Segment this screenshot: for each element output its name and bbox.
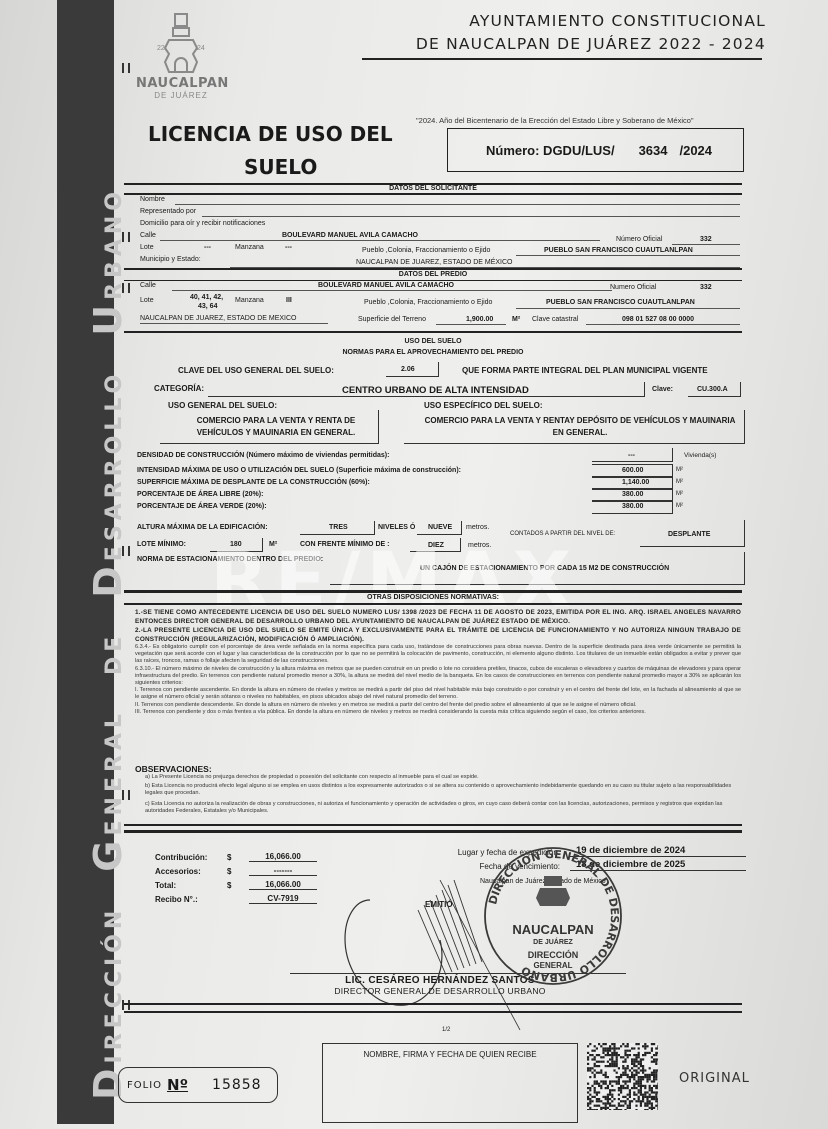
section-title-predio: DATOS DEL PREDIO bbox=[124, 271, 742, 278]
margin-mark bbox=[122, 546, 130, 556]
predio-lote-label: Lote bbox=[140, 297, 154, 304]
folio-no-symbol: Nº bbox=[167, 1076, 188, 1094]
metric-label: PORCENTAJE DE ÁREA LIBRE (20%): bbox=[137, 491, 263, 498]
rule bbox=[124, 193, 742, 195]
section-title-otras: OTRAS DISPOSICIONES NORMATIVAS: bbox=[124, 594, 742, 601]
document-page: DIRECCIÓNGENERALDEDESARROLLOURBANO 22 24… bbox=[0, 0, 828, 1129]
predio-manzana-value: III bbox=[286, 297, 292, 304]
lote-value: --- bbox=[204, 244, 211, 251]
niveles-o-label: NIVELES Ó bbox=[378, 524, 415, 531]
rule bbox=[124, 1003, 742, 1005]
representado-field bbox=[202, 216, 740, 217]
criterio-iii: III. Terrenos con pendiente y dos o más … bbox=[135, 709, 741, 716]
clave-catastral-underline bbox=[586, 324, 740, 325]
metric-value: 600.00 bbox=[622, 467, 643, 474]
manzana-value: --- bbox=[285, 244, 292, 251]
clave-catastral-value: 098 01 527 08 00 0000 bbox=[622, 316, 694, 323]
metric-value: 380.00 bbox=[622, 503, 643, 510]
domicilio-label: Domicilio para oír y recibir notificacio… bbox=[140, 220, 265, 227]
metros-label: metros. bbox=[466, 524, 489, 531]
superficie-label: Superficie del Terreno bbox=[358, 316, 426, 323]
payment-summary: Contribución:$16,066.00 Accesorios:$----… bbox=[155, 848, 317, 904]
rule bbox=[124, 331, 742, 333]
disposicion-634: 6.3.4.- Es obligatorio cumplir con el po… bbox=[135, 644, 741, 666]
superficie-value: 1,900.00 bbox=[466, 316, 493, 323]
official-stamp-icon: DIRECCIÓN GENERAL DE DESARROLLO URBANO N… bbox=[478, 846, 628, 986]
superficie-underline bbox=[436, 324, 506, 325]
margin-mark bbox=[122, 283, 130, 293]
metric-value: 1,140.00 bbox=[622, 479, 649, 486]
numero-oficial-label: Número Oficial bbox=[616, 236, 662, 243]
observaciones-title: OBSERVACIONES: bbox=[135, 764, 212, 774]
ayuntamiento-header: AYUNTAMIENTO CONSTITUCIONAL DE NAUCALPAN… bbox=[416, 10, 766, 56]
band-word: URBANO bbox=[102, 187, 127, 336]
lote-label: Lote bbox=[140, 244, 154, 251]
lote-minimo-label: LOTE MÍNIMO: bbox=[137, 541, 186, 548]
band-word: DESARROLLO bbox=[102, 370, 127, 598]
altura-metros-value: NUEVE bbox=[428, 524, 452, 531]
predio-colonia-value: PUEBLO SAN FRANCISCO CUAUTLANLPAN bbox=[546, 299, 695, 306]
disposicion-1: 1.-SE TIENE COMO ANTECEDENTE LICENCIA DE… bbox=[135, 608, 741, 626]
logo-name: NAUCALPAN bbox=[136, 76, 226, 91]
uso-general-value: COMERCIO PARA LA VENTA Y RENTA DE VEHÍCU… bbox=[176, 415, 376, 439]
metric-value: 380.00 bbox=[622, 491, 643, 498]
observacion-a: a) La Presente Licencia no prejuzga dere… bbox=[145, 774, 741, 781]
accesorios-row: Accesorios:$------- bbox=[155, 862, 317, 876]
clave-general-label: CLAVE DEL USO GENERAL DEL SUELO: bbox=[178, 366, 334, 375]
rule bbox=[124, 603, 742, 605]
municipio-value: NAUCALPAN DE JUAREZ, ESTADO DE MÉXICO bbox=[356, 259, 513, 266]
observacion-b: b) Esta Licencia no producirá efecto leg… bbox=[145, 783, 741, 798]
section-title-solicitante: DATOS DEL SOLICITANTE bbox=[124, 185, 742, 192]
uso-especifico-value: COMERCIO PARA LA VENTA Y RENTAY DEPÓSITO… bbox=[420, 415, 740, 439]
total-row: Total:$16,066.00 bbox=[155, 876, 317, 890]
signer-title: DIRECTOR GENERAL DE DESARROLLO URBANO bbox=[300, 986, 580, 996]
naucalpan-glyph-icon: 22 24 bbox=[151, 10, 211, 76]
numero-label: Número: DGDU/LUS/ bbox=[486, 143, 615, 158]
page-number: 1/2 bbox=[442, 1027, 450, 1033]
calle-underline bbox=[160, 240, 600, 241]
densidad-value: --- bbox=[628, 452, 635, 459]
observacion-c: c) Esta Licencia no autoriza la realizac… bbox=[145, 801, 741, 816]
rule bbox=[124, 1011, 742, 1013]
rule bbox=[124, 268, 742, 270]
predio-municipio-underline bbox=[140, 323, 328, 324]
folio-label: FOLIO bbox=[127, 1080, 162, 1091]
disposicion-6310: 6.3.10.- El número máximo de niveles de … bbox=[135, 666, 741, 688]
uso-general-label: USO GENERAL DEL SUELO: bbox=[168, 401, 277, 410]
metric-label: SUPERFICIE MÁXIMA DE DESPLANTE DE LA CON… bbox=[137, 479, 370, 486]
otras-disposiciones-text: 1.-SE TIENE COMO ANTECEDENTE LICENCIA DE… bbox=[135, 608, 741, 716]
header-rule bbox=[362, 58, 762, 60]
ayuntamiento-line2: DE NAUCALPAN DE JUÁREZ 2022 - 2024 bbox=[416, 33, 766, 56]
manzana-label: Manzana bbox=[235, 244, 264, 251]
contados-value: DESPLANTE bbox=[668, 531, 710, 538]
predio-numero-oficial-label: Numero Oficial bbox=[610, 284, 656, 291]
altura-niveles-value: TRES bbox=[329, 524, 348, 531]
clave-label: Clave: bbox=[652, 386, 673, 393]
densidad-label: DENSIDAD DE CONSTRUCCIÓN (Número máximo … bbox=[137, 452, 389, 459]
nombre-label: Nombre bbox=[140, 196, 165, 203]
svg-text:NAUCALPAN: NAUCALPAN bbox=[512, 922, 593, 937]
numero-oficial-underline bbox=[672, 244, 740, 245]
plan-text: QUE FORMA PARTE INTEGRAL DEL PLAN MUNICI… bbox=[462, 366, 708, 375]
nombre-field bbox=[175, 204, 740, 205]
emitio-label: EMITIÓ bbox=[425, 900, 453, 909]
densidad-unit: Vivienda(s) bbox=[684, 452, 716, 459]
clave-general-value: 2.06 bbox=[401, 366, 415, 373]
title-line2: SUELO bbox=[148, 151, 393, 184]
uso-subtitle: NORMAS PARA EL APROVECHAMIENTO DEL PREDI… bbox=[124, 349, 742, 356]
predio-lote-value-2: 43, 64 bbox=[198, 303, 217, 310]
representado-label: Representado por bbox=[140, 208, 196, 215]
folio-box: FOLIO Nº 15858 bbox=[118, 1067, 278, 1103]
recibo-row: Recibo N°.:CV-7919 bbox=[155, 890, 317, 904]
calle-value: BOULEVARD MANUEL AVILA CAMACHO bbox=[282, 232, 418, 239]
rule bbox=[124, 590, 742, 593]
superficie-unit: M² bbox=[512, 316, 520, 323]
categoria-value: CENTRO URBANO DE ALTA INTENSIDAD bbox=[342, 385, 529, 396]
criterio-i: I. Terrenos con pendiente ascendente. En… bbox=[135, 687, 741, 701]
folio-number: 15858 bbox=[212, 1077, 262, 1093]
svg-text:24: 24 bbox=[197, 45, 205, 52]
qr-code-icon bbox=[587, 1043, 658, 1110]
margin-mark bbox=[122, 790, 130, 800]
colonia-label: Pueblo ,Colonia, Fraccionamiento o Ejido bbox=[362, 247, 490, 254]
rule bbox=[124, 830, 742, 833]
metric-label: PORCENTAJE DE ÁREA VERDE (20%): bbox=[137, 503, 267, 510]
altura-label: ALTURA MÁXIMA DE LA EDIFICACIÓN: bbox=[137, 524, 268, 531]
clave-catastral-label: Clave catastral bbox=[532, 316, 578, 323]
svg-text:DE JUÁREZ: DE JUÁREZ bbox=[533, 937, 573, 946]
margin-mark bbox=[122, 1000, 130, 1010]
metric-label: INTENSIDAD MÁXIMA DE USO O UTILIZACIÓN D… bbox=[137, 467, 461, 474]
predio-manzana-label: Manzana bbox=[235, 297, 264, 304]
criterio-ii: II. Terrenos con pendiente descendente. … bbox=[135, 702, 741, 709]
colonia-underline bbox=[516, 255, 740, 256]
predio-colonia-underline bbox=[516, 308, 740, 309]
metric-unit: M² bbox=[676, 479, 683, 485]
metric-unit: M² bbox=[676, 467, 683, 473]
section-title-uso: USO DEL SUELO bbox=[124, 338, 742, 345]
predio-calle-underline bbox=[172, 290, 612, 291]
svg-text:GENERAL: GENERAL bbox=[533, 961, 572, 970]
predio-numero-oficial-value: 332 bbox=[700, 284, 712, 291]
predio-lote-value-1: 40, 41, 42, bbox=[190, 294, 223, 301]
margin-mark bbox=[122, 232, 130, 242]
document-title: LICENCIA DE USO DEL SUELO bbox=[148, 118, 393, 184]
clave-value: CU.300.A bbox=[697, 386, 728, 393]
license-number-box: Número: DGDU/LUS/ 3634 /2024 bbox=[447, 128, 744, 172]
predio-colonia-label: Pueblo ,Colonia, Fraccionamiento o Ejido bbox=[364, 299, 492, 306]
predio-municipio-value: NAUCALPAN DE JUAREZ, ESTADO DE MEXICO bbox=[140, 315, 297, 322]
municipio-label: Municipio y Estado: bbox=[140, 256, 201, 263]
band-word: DE bbox=[102, 632, 127, 675]
calle-label: Calle bbox=[140, 232, 156, 239]
copy-type-label: ORIGINAL bbox=[679, 1071, 750, 1086]
disposicion-2: 2.-LA PRESENTE LICENCIA DE USO DEL SUELO… bbox=[135, 626, 741, 644]
metric-unit: M² bbox=[676, 503, 683, 509]
logo-subtitle: DE JUÁREZ bbox=[136, 91, 226, 100]
numero-oficial-value: 332 bbox=[700, 236, 712, 243]
margin-mark bbox=[122, 63, 130, 73]
svg-text:22: 22 bbox=[157, 45, 165, 52]
predio-calle-value: BOULEVARD MANUEL AVILA CAMACHO bbox=[318, 282, 454, 289]
lema-text: "2024. Año del Bicentenario de la Erecci… bbox=[416, 116, 694, 125]
numero-year: /2024 bbox=[679, 143, 712, 158]
recibe-box: NOMBRE, FIRMA Y FECHA DE QUIEN RECIBE bbox=[322, 1043, 578, 1123]
title-line1: LICENCIA DE USO DEL bbox=[148, 118, 393, 151]
rule bbox=[124, 824, 742, 826]
svg-text:DIRECCIÓN: DIRECCIÓN bbox=[528, 949, 579, 960]
contribucion-row: Contribución:$16,066.00 bbox=[155, 848, 317, 862]
ayuntamiento-line1: AYUNTAMIENTO CONSTITUCIONAL bbox=[416, 10, 766, 33]
colonia-value: PUEBLO SAN FRANCISCO CUAUTLANLPAN bbox=[544, 247, 693, 254]
categoria-label: CATEGORÍA: bbox=[154, 384, 204, 393]
uso-especifico-label: USO ESPECÍFICO DEL SUELO: bbox=[424, 401, 543, 410]
numero-value: 3634 bbox=[639, 143, 668, 158]
rule bbox=[124, 280, 742, 281]
metric-unit: M² bbox=[676, 491, 683, 497]
naucalpan-logo: 22 24 NAUCALPAN DE JUÁREZ bbox=[136, 10, 226, 100]
predio-calle-label: Calle bbox=[140, 282, 156, 289]
